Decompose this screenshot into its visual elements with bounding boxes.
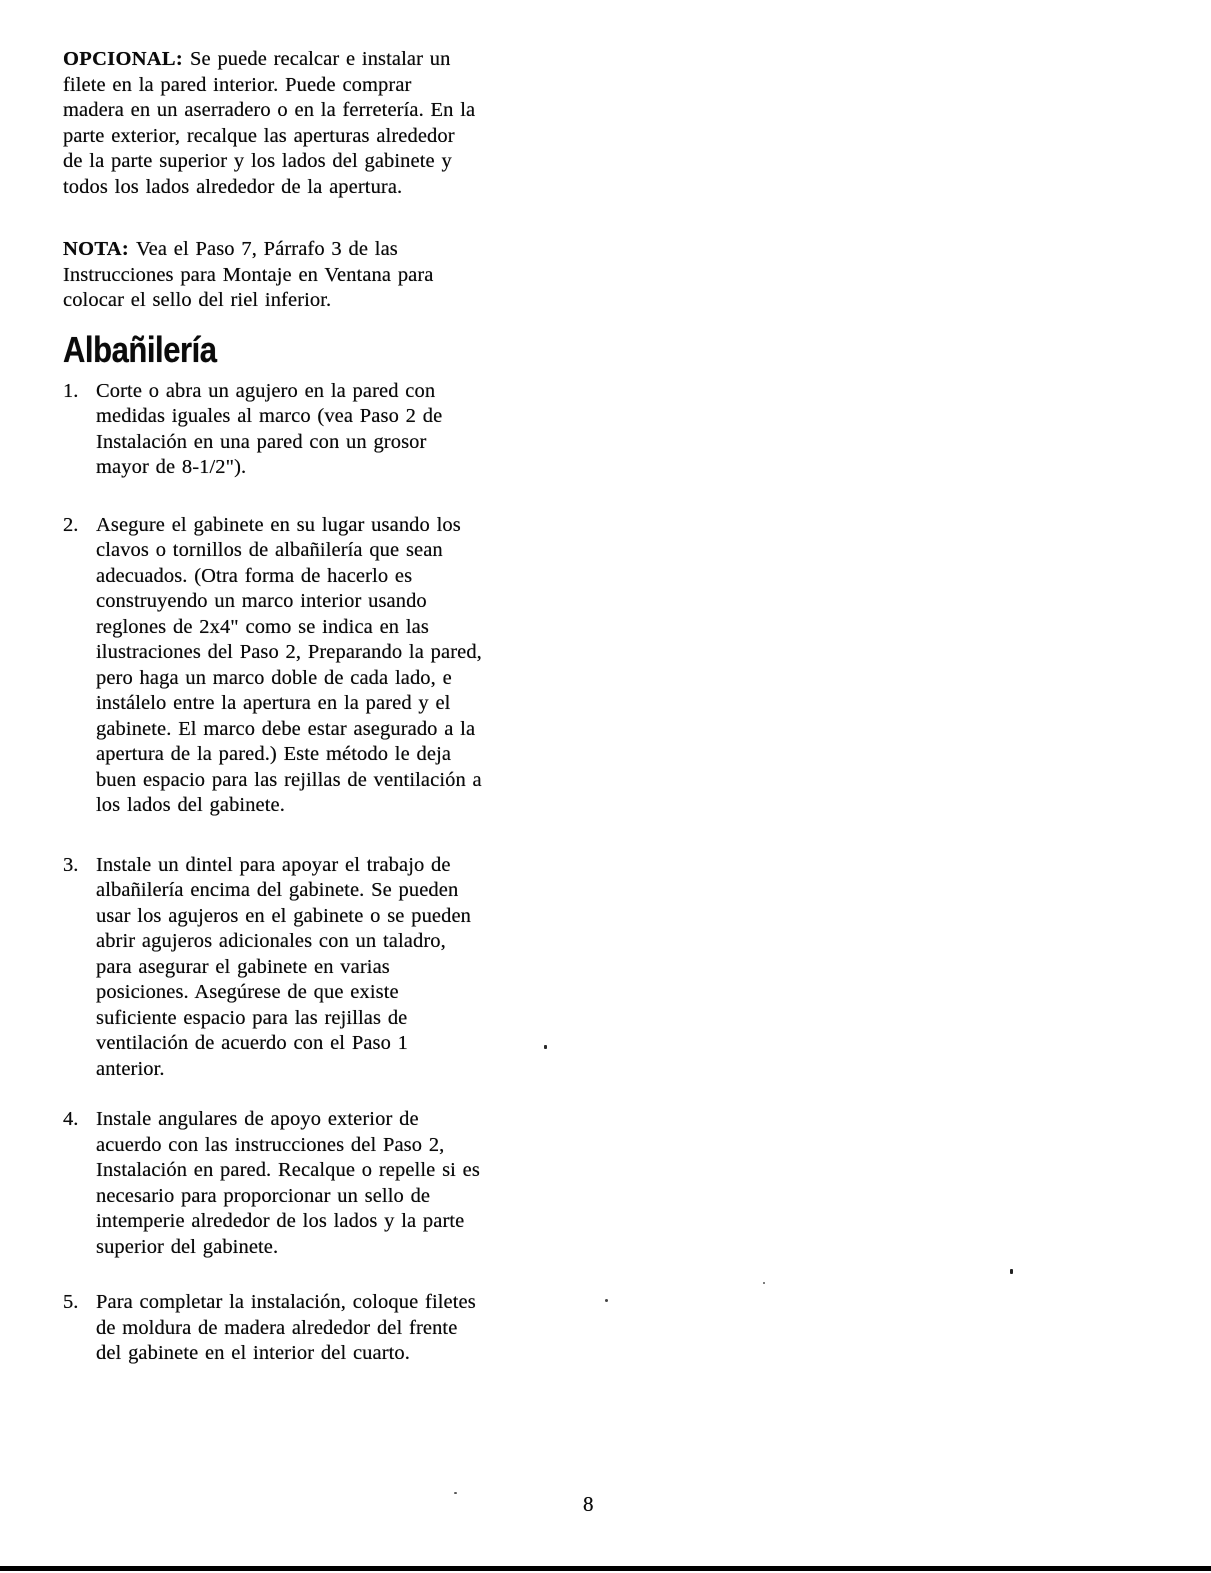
document-page: OPCIONAL:Se puede recalcar e instalar un… <box>0 0 1211 1573</box>
list-item: 5. Para completar la instalación, coloqu… <box>63 1290 575 1367</box>
list-item: 3. Instale un dintel para apoyar el trab… <box>63 853 575 1083</box>
list-item-number: 5. <box>63 1290 96 1316</box>
list-item-text: Para completar la instalación, coloque f… <box>96 1290 575 1367</box>
nota-label: NOTA: <box>63 238 129 260</box>
optional-text: Se puede recalcar e instalar un filete e… <box>63 48 475 198</box>
list-item-text: Corte o abra un agujero en la pared con … <box>96 379 575 481</box>
list-item-number: 3. <box>63 853 96 879</box>
list-item-text: Instale un dintel para apoyar el trabajo… <box>96 853 575 1083</box>
scan-speck <box>605 1299 608 1302</box>
bottom-rule <box>0 1566 1211 1571</box>
scan-speck <box>454 1492 457 1494</box>
optional-label: OPCIONAL: <box>63 48 183 70</box>
list-item-number: 2. <box>63 513 96 539</box>
optional-paragraph: OPCIONAL:Se puede recalcar e instalar un… <box>63 47 575 200</box>
nota-paragraph: NOTA:Vea el Paso 7, Párrafo 3 de las Ins… <box>63 237 575 314</box>
list-item-number: 1. <box>63 379 96 405</box>
list-item: 1. Corte o abra un agujero en la pared c… <box>63 379 575 481</box>
list-item: 4. Instale angulares de apoyo exterior d… <box>63 1107 575 1260</box>
page-number: 8 <box>583 1492 594 1517</box>
list-item-text: Asegure el gabinete en su lugar usando l… <box>96 513 575 819</box>
list-item-number: 4. <box>63 1107 96 1133</box>
list-item-text: Instale angulares de apoyo exterior de a… <box>96 1107 575 1260</box>
list-item: 2. Asegure el gabinete en su lugar usand… <box>63 513 575 819</box>
scan-speck <box>1010 1269 1013 1274</box>
scan-speck <box>544 1045 547 1049</box>
text-column: OPCIONAL:Se puede recalcar e instalar un… <box>63 47 575 1367</box>
section-title: Albañilería <box>63 328 503 372</box>
scan-speck <box>763 1282 765 1284</box>
